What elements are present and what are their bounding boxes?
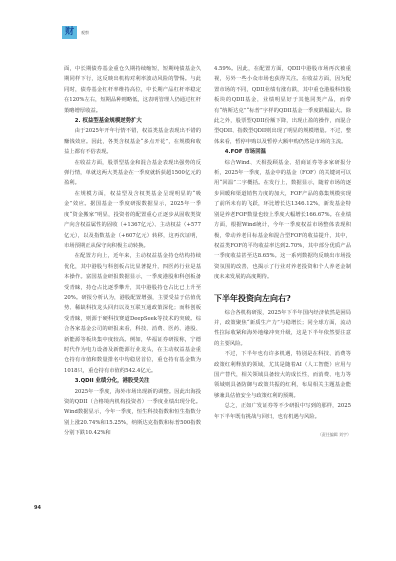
paragraph: 在规模方面，权益型及含权类基金呈现明显的“吸金”效应。据国基金一季度研报数据显示…	[64, 189, 201, 251]
page-header: 财 观察	[62, 26, 89, 39]
paragraph: 4.59%。因此，在配置方面，QDII中港股市场再次被重视，另外一些小众市场也获…	[214, 64, 351, 147]
left-column: 面，中长期债券基金重仓久期持续缩短，短期纯债基金久期同样下行，这反映出机构对利率…	[64, 64, 201, 439]
section-name: 观察	[81, 30, 89, 36]
subheading: 2. 权益型基金规模逆势扩大	[64, 116, 201, 126]
right-column: 4.59%。因此，在配置方面，QDII中港股市场再次被重视，另外一些小众市场也获…	[214, 64, 351, 440]
paragraph: 综合各机构研报，2025年下半年国内经济依然是困局并，政策聚焦“新质生产力”与稳…	[214, 308, 351, 350]
paragraph: 由于2025年开年行情不错，权益类基金表现出不错的赚钱效应。因此，各类含权基金“…	[64, 126, 201, 157]
paragraph: 不过，下半年也有许多机遇，特别是在科技、消费等政策红利释放的领域，尤其是随着AI…	[214, 349, 351, 401]
subheading: 4.FOF 市场回温	[214, 147, 351, 157]
paragraph: 综合Wind、天相投顾基金、招商证券等多家研报分析，2025年一季度，基金中的基…	[214, 158, 351, 283]
magazine-logo-icon: 财	[62, 26, 77, 39]
page-number: 94	[34, 505, 41, 511]
subheading: 3.QDII 业绩分化，港股受关注	[64, 376, 201, 386]
paragraph: 面，中长期债券基金重仓久期持续缩短，短期纯债基金久期同样下行，这反映出机构对利率…	[64, 64, 201, 116]
paragraph: 在收益方面，股票型基金和混合基金表现出强势的反弹行情，单就这两大类基金在一季度就…	[64, 158, 201, 189]
paragraph: 2025年一季度，海外市场出现新的调整。因此出海投资的QDII（合格境内机构投资…	[64, 387, 201, 439]
section-heading: 下半年投资向左向右?	[214, 292, 351, 304]
editor-credit: （责任编辑 刘宇）	[214, 430, 351, 440]
paragraph: 总之，正如广发证券等不少研报中写到的那样，2025年下半年既有挑战与回归，也有机…	[214, 401, 351, 422]
paragraph: 在配置方向上，近年来，主动权益基金持仓结构持续优化，其中港股与科创板占比显著提升…	[64, 251, 201, 376]
